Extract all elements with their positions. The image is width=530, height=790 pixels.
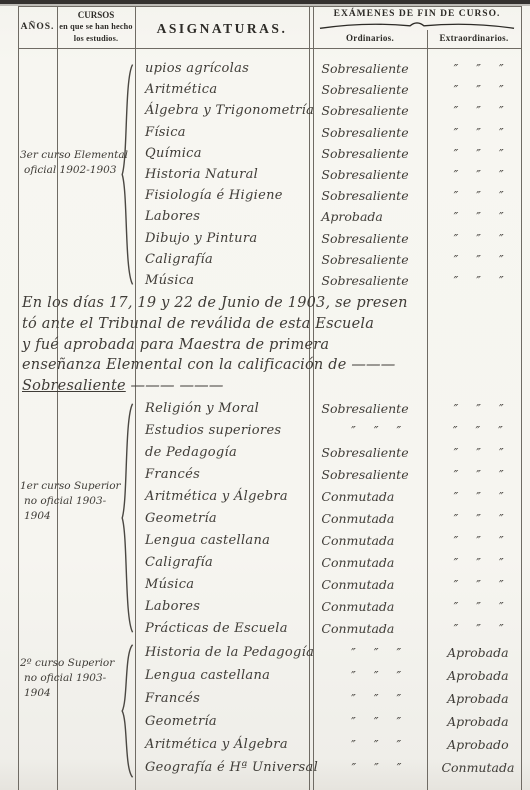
table-row: upios agrícolasSobresaliente″ ″ ″ (135, 58, 521, 79)
table-row: Aritmética y ÁlgebraConmutada″ ″ ″ (135, 485, 521, 507)
note-line: enseñanza Elemental con la calificación … (22, 355, 520, 376)
note-line: tó ante el Tribunal de reválida de esta … (22, 314, 520, 335)
extraordinary-cell: ″ ″ ″ (435, 423, 521, 438)
cursos-subtitle-1: en que se han hecho (57, 21, 135, 33)
ordinary-cell: Sobresaliente (314, 146, 436, 161)
table-row: FrancésSobresaliente″ ″ ″ (135, 463, 521, 485)
ordinary-cell: Sobresaliente (314, 188, 436, 203)
ordinary-cell: Sobresaliente (314, 82, 436, 97)
subject-cell: Aritmética y Álgebra (135, 737, 318, 752)
table-row: MúsicaConmutada″ ″ ″ (135, 573, 521, 595)
extraordinary-cell: ″ ″ ″ (436, 555, 521, 570)
subject-cell: Lengua castellana (135, 533, 314, 548)
column-header-asignaturas: ASIGNATURAS. (135, 21, 309, 37)
section-rows: Historia de la Pedagogía″ ″ ″AprobadaLen… (135, 641, 521, 779)
section-course-label: 3er curso Elemental oficial 1902-1903 (20, 148, 132, 178)
ordinary-cell: ″ ″ ″ (318, 423, 435, 438)
ordinary-cell: Conmutada (314, 533, 436, 548)
note-line: y fué aprobada para Maestra de primera (22, 335, 520, 356)
column-header-examenes: EXÁMENES DE FIN DE CURSO. (313, 9, 521, 19)
note-dashes: ——— ——— (126, 378, 224, 394)
ordinary-cell: ″ ″ ″ (318, 714, 435, 729)
course-type: oficial 1902-1903 (20, 163, 132, 178)
extraordinary-cell: Aprobada (435, 714, 521, 729)
section-rows: upios agrícolasSobresaliente″ ″ ″Aritmét… (135, 58, 521, 291)
subject-cell: Geometría (135, 714, 318, 729)
subject-cell: Estudios superiores (135, 423, 318, 438)
note-line: Sobresaliente ——— ——— (22, 376, 520, 397)
extraordinary-cell: Aprobado (435, 737, 521, 752)
extraordinary-cell: Aprobada (435, 668, 521, 683)
ordinary-cell: Sobresaliente (314, 252, 436, 267)
table-row: LaboresAprobada″ ″ ″ (135, 206, 521, 227)
extraordinary-cell: ″ ″ ″ (436, 61, 521, 76)
subject-cell: Química (135, 146, 314, 161)
extraordinary-cell: ″ ″ ″ (436, 489, 521, 504)
subject-cell: upios agrícolas (135, 61, 314, 76)
ordinary-cell: Sobresaliente (314, 445, 436, 460)
table-row: Aritmética y Álgebra″ ″ ″Aprobado (135, 733, 521, 756)
header-bottom-border (18, 48, 521, 49)
extraordinary-cell: ″ ″ ″ (436, 621, 521, 636)
table-row: Religión y MoralSobresaliente″ ″ ″ (135, 397, 521, 419)
ordinary-cell: Sobresaliente (314, 467, 436, 482)
course-type: no oficial 1903-1904 (20, 671, 132, 701)
ordinary-cell: Sobresaliente (314, 273, 436, 288)
table-row: Álgebra y TrigonometríaSobresaliente″ ″ … (135, 100, 521, 121)
table-row: FísicaSobresaliente″ ″ ″ (135, 122, 521, 143)
extraordinary-cell: ″ ″ ″ (436, 188, 521, 203)
table-row: de PedagogíaSobresaliente″ ″ ″ (135, 441, 521, 463)
extraordinary-cell: ″ ″ ″ (436, 273, 521, 288)
ordinary-cell: Aprobada (314, 209, 436, 224)
table-left-border (18, 6, 19, 790)
table-row: CaligrafíaSobresaliente″ ″ ″ (135, 249, 521, 270)
table-row: Prácticas de EscuelaConmutada″ ″ ″ (135, 617, 521, 639)
ordinary-cell: Conmutada (314, 621, 436, 636)
ordinary-cell: ″ ″ ″ (318, 668, 435, 683)
subject-cell: Labores (135, 209, 314, 224)
extraordinary-cell: ″ ″ ″ (436, 599, 521, 614)
table-row: GeometríaConmutada″ ″ ″ (135, 507, 521, 529)
subject-cell: Geometría (135, 511, 314, 526)
column-header-anios: AÑOS. (18, 22, 57, 32)
subject-cell: Francés (135, 467, 314, 482)
extraordinary-cell: ″ ″ ″ (436, 209, 521, 224)
extraordinary-cell: Conmutada (435, 760, 521, 775)
table-row: QuímicaSobresaliente″ ″ ″ (135, 143, 521, 164)
subject-cell: Historia Natural (135, 167, 314, 182)
course-years: 3er curso Elemental (20, 148, 132, 163)
ordinary-cell: ″ ″ ″ (318, 737, 435, 752)
subject-cell: Fisiología é Higiene (135, 188, 314, 203)
cursos-title: CURSOS (57, 9, 135, 21)
ordinary-cell: Conmutada (314, 555, 436, 570)
extraordinary-cell: ″ ″ ″ (436, 231, 521, 246)
ordinary-cell: Sobresaliente (314, 231, 436, 246)
table-row: CaligrafíaConmutada″ ″ ″ (135, 551, 521, 573)
subject-cell: Historia de la Pedagogía (135, 645, 318, 660)
subject-cell: Álgebra y Trigonometría (135, 103, 314, 118)
subject-cell: Religión y Moral (135, 401, 314, 416)
subject-cell: Aritmética y Álgebra (135, 489, 314, 504)
extraordinary-cell: ″ ″ ″ (436, 401, 521, 416)
subject-cell: Física (135, 125, 314, 140)
subject-cell: Prácticas de Escuela (135, 621, 314, 636)
revalida-note: En los días 17, 19 y 22 de Junio de 1903… (22, 293, 520, 397)
subject-cell: Labores (135, 599, 314, 614)
note-line: En los días 17, 19 y 22 de Junio de 1903… (22, 293, 520, 314)
scanned-transcript-page: AÑOS. CURSOS en que se han hecho los est… (0, 0, 530, 790)
ordinary-cell: Sobresaliente (314, 103, 436, 118)
table-row: Dibujo y PinturaSobresaliente″ ″ ″ (135, 228, 521, 249)
extraordinary-cell: ″ ″ ″ (436, 125, 521, 140)
section-course-label: 2º curso Superior no oficial 1903-1904 (20, 656, 132, 701)
extraordinary-cell: ″ ″ ″ (436, 467, 521, 482)
subject-cell: de Pedagogía (135, 445, 314, 460)
table-row: Estudios superiores″ ″ ″″ ″ ″ (135, 419, 521, 441)
extraordinary-cell: Aprobada (435, 645, 521, 660)
ordinary-cell: ″ ″ ″ (318, 691, 435, 706)
ordinary-cell: ″ ″ ″ (318, 645, 435, 660)
table-row: Lengua castellanaConmutada″ ″ ″ (135, 529, 521, 551)
subject-cell: Música (135, 273, 314, 288)
section-course-label: 1er curso Superior no oficial 1903-1904 (20, 479, 132, 524)
subject-cell: Lengua castellana (135, 668, 318, 683)
ordinary-cell: Sobresaliente (314, 401, 436, 416)
table-row: MúsicaSobresaliente″ ″ ″ (135, 270, 521, 291)
subject-cell: Caligrafía (135, 252, 314, 267)
column-header-cursos: CURSOS en que se han hecho los estudios. (57, 9, 135, 45)
extraordinary-cell: ″ ″ ″ (436, 146, 521, 161)
ordinary-cell: Conmutada (314, 577, 436, 592)
table-row: Geometría″ ″ ″Aprobada (135, 710, 521, 733)
subject-cell: Dibujo y Pintura (135, 231, 314, 246)
extraordinary-cell: Aprobada (435, 691, 521, 706)
header-brace-icon (318, 20, 516, 30)
table-row: Lengua castellana″ ″ ″Aprobada (135, 664, 521, 687)
subject-cell: Geografía é Hª Universal (135, 760, 318, 775)
table-row: Historia de la Pedagogía″ ″ ″Aprobada (135, 641, 521, 664)
section-rows: Religión y MoralSobresaliente″ ″ ″Estudi… (135, 397, 521, 639)
table-row: AritméticaSobresaliente″ ″ ″ (135, 79, 521, 100)
column-header-ordinarios: Ordinarios. (313, 33, 427, 43)
cursos-subtitle-2: los estudios. (57, 33, 135, 45)
extraordinary-cell: ″ ″ ″ (436, 82, 521, 97)
column-header-extraordinarios: Extraordinarios. (427, 33, 521, 43)
table-row: Francés″ ″ ″Aprobada (135, 687, 521, 710)
subject-cell: Francés (135, 691, 318, 706)
table-row: Geografía é Hª Universal″ ″ ″Conmutada (135, 756, 521, 779)
extraordinary-cell: ″ ″ ″ (436, 511, 521, 526)
table-row: LaboresConmutada″ ″ ″ (135, 595, 521, 617)
ordinary-cell: ″ ″ ″ (318, 760, 435, 775)
subject-cell: Música (135, 577, 314, 592)
table-row: Fisiología é HigieneSobresaliente″ ″ ″ (135, 185, 521, 206)
ordinary-cell: Conmutada (314, 599, 436, 614)
table-row: Historia NaturalSobresaliente″ ″ ″ (135, 164, 521, 185)
course-years: 2º curso Superior (20, 656, 132, 671)
extraordinary-cell: ″ ″ ″ (436, 167, 521, 182)
extraordinary-cell: ″ ″ ″ (436, 252, 521, 267)
course-years: 1er curso Superior (20, 479, 132, 494)
course-type: no oficial 1903-1904 (20, 494, 132, 524)
extraordinary-cell: ″ ″ ″ (436, 103, 521, 118)
extraordinary-cell: ″ ″ ″ (436, 577, 521, 592)
table-right-border (521, 6, 522, 790)
ordinary-cell: Sobresaliente (314, 167, 436, 182)
subject-cell: Caligrafía (135, 555, 314, 570)
table-top-border (18, 6, 521, 7)
extraordinary-cell: ″ ″ ″ (436, 445, 521, 460)
ordinary-cell: Conmutada (314, 489, 436, 504)
extraordinary-cell: ″ ″ ″ (436, 533, 521, 548)
ordinary-cell: Conmutada (314, 511, 436, 526)
ordinary-cell: Sobresaliente (314, 125, 436, 140)
ordinary-cell: Sobresaliente (314, 61, 436, 76)
subject-cell: Aritmética (135, 82, 314, 97)
note-result: Sobresaliente (22, 378, 126, 394)
